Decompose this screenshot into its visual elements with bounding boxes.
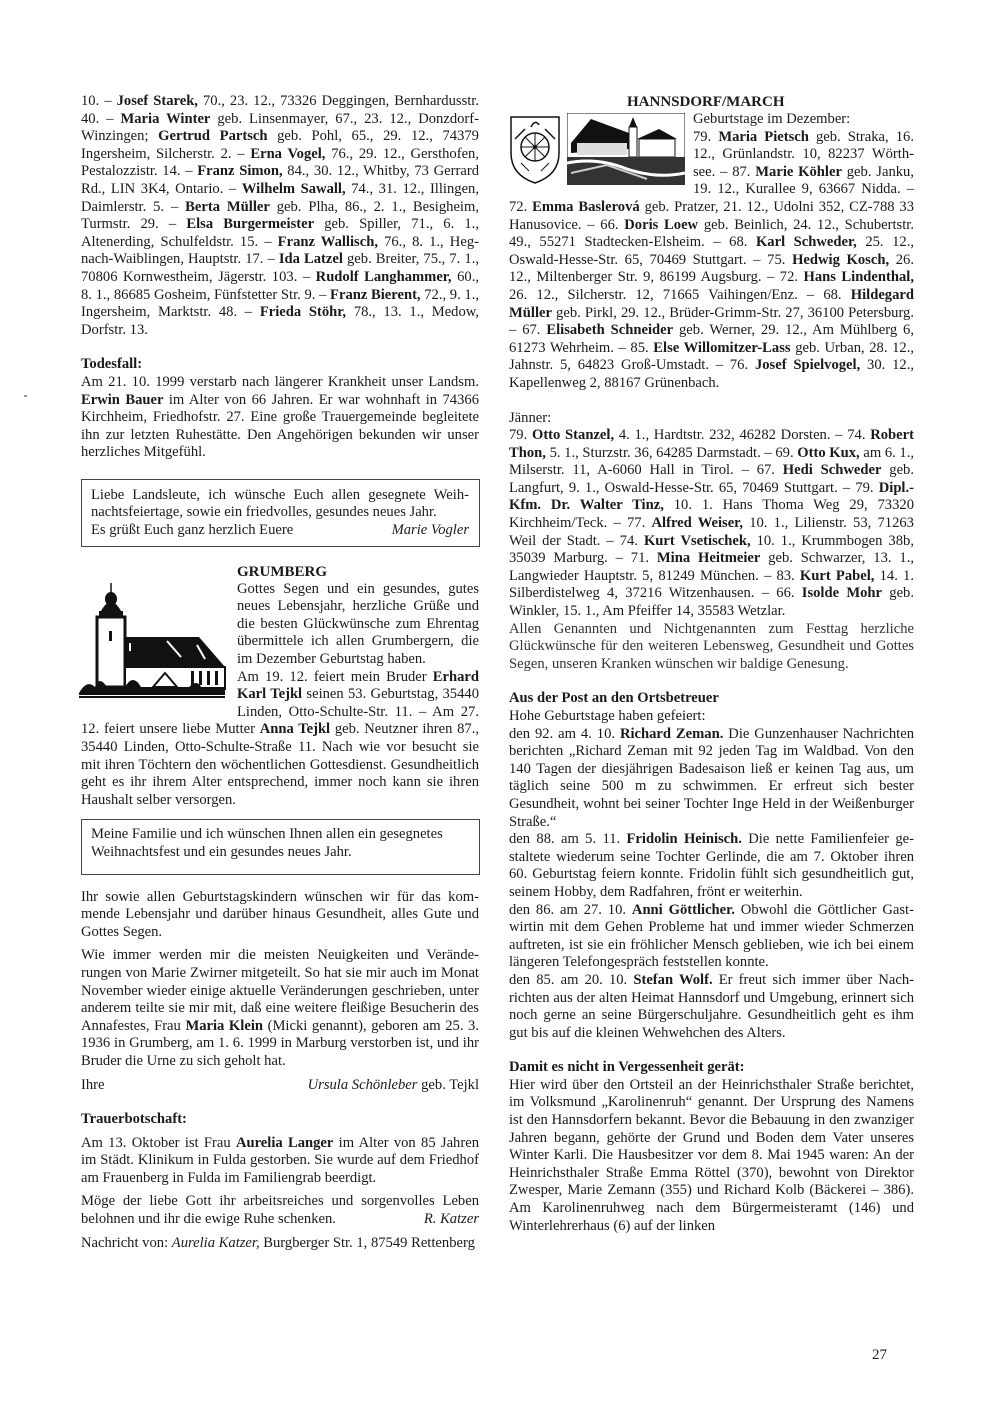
jaenner-heading: Jänner: xyxy=(509,410,914,428)
greeting-box-family-text: Meine Familie und ich wünschen Ihnen all… xyxy=(91,826,469,861)
page-number: 27 xyxy=(872,1347,887,1364)
hannsdorf-images xyxy=(509,113,685,185)
person-name: Gertrud Partsch xyxy=(158,128,267,144)
person-name: Kurt Pabel, xyxy=(800,568,875,584)
post-entry: den 92. am 4. 10. Richard Zeman. Die Gun… xyxy=(509,726,914,832)
wishes-paragraph: Ihr sowie allen Geburtstagskindern wünsc… xyxy=(81,889,479,942)
nachricht-name: Aurelia Katzer, xyxy=(172,1235,260,1251)
person-name: Josef Spielvogel, xyxy=(755,357,860,373)
birthday-list-continued: 10. – Josef Starek, 70., 23. 12., 73326 … xyxy=(81,93,479,339)
person-name: Otto Stanzel, xyxy=(532,427,614,443)
person-name: Hildegard Müller xyxy=(509,287,914,321)
nachricht-line: Nachricht von: Aurelia Katzer, Burgberge… xyxy=(81,1235,479,1253)
person-name: Marie Köhler xyxy=(755,164,842,180)
news-paragraph: Wie immer werden mir die meisten Neuigke… xyxy=(81,947,479,1070)
todesfall-text: Am 21. 10. 1999 verstarb nach längerer K… xyxy=(81,374,479,462)
person-name: Elisabeth Schneider xyxy=(546,322,673,338)
person-name: Erna Vogel, xyxy=(250,146,325,162)
trauer-signature: R. Katzer xyxy=(424,1211,479,1227)
trauer-text: Am 13. Oktober ist Frau Aurelia Langer i… xyxy=(81,1135,479,1188)
signature-prefix: Ihre xyxy=(81,1077,105,1095)
church-illustration xyxy=(79,583,229,707)
grumberg-title: GRUMBERG xyxy=(233,563,479,581)
person-name: Hed­wig Kosch, xyxy=(792,252,889,268)
greeting-box-text: Liebe Landsleute, ich wünsche Euch allen… xyxy=(91,487,469,522)
festtag-wishes: Allen Genannten und Nichtgenannten zum F… xyxy=(509,621,914,674)
trauer-blessing: Möge der liebe Gott ihr arbeitsreiches u… xyxy=(81,1193,479,1228)
person-name: Er­hard Karl Tejkl xyxy=(237,669,479,703)
trauer-heading: Trauerbotschaft: xyxy=(81,1111,479,1129)
person-name: Franz Wallisch, xyxy=(278,234,378,250)
right-column: HANNSDORF/MARCH Ge xyxy=(509,93,914,1235)
coat-of-arms-icon xyxy=(509,113,561,185)
person-name: Otto Kux, xyxy=(797,445,859,461)
person-name: Frieda Stöhr, xyxy=(260,304,346,320)
person-name: Else Willomit­zer-Lass xyxy=(653,340,790,356)
greeting-box-signature: Marie Vogler xyxy=(392,522,469,540)
post-entry: den 85. am 20. 10. Stefan Wolf. Er freut… xyxy=(509,972,914,1042)
person-name: Maria Winter xyxy=(120,111,210,127)
post-entry: den 86. am 27. 10. Anni Göttlicher. Obwo… xyxy=(509,902,914,972)
person-name: Anni Göttlicher. xyxy=(632,902,735,918)
person-name: Dipl.-Kfm. Dr. Walter Tinz, xyxy=(509,480,914,514)
greeting-box-closing: Es grüßt Euch ganz herzlich Euere xyxy=(91,522,293,540)
person-name: Doris Loew xyxy=(624,217,698,233)
greeting-box-vogler: Liebe Landsleute, ich wünsche Euch allen… xyxy=(81,479,480,547)
person-name: Kurt Vsetischek, xyxy=(644,533,751,549)
person-name: Rudolf Langhammer, xyxy=(316,269,452,285)
person-name: Richard Zeman. xyxy=(620,726,723,742)
person-name: Emma Baslerová xyxy=(532,199,640,215)
jaenner-list: 79. Otto Stanzel, 4. 1., Hardtstr. 232, … xyxy=(509,427,914,621)
hannsdorf-title: HANNSDORF/MARCH xyxy=(509,93,914,111)
person-name: Erwin Bauer xyxy=(81,392,163,408)
post-intro: Hohe Geburtstage haben gefeiert: xyxy=(509,708,914,726)
person-name: Maria Pietsch xyxy=(718,129,809,145)
person-name: Stefan Wolf. xyxy=(633,972,712,988)
person-name: Aurelia Langer xyxy=(236,1135,333,1151)
person-name: Alfred Weiser, xyxy=(651,515,743,531)
vergessen-text: Hier wird über den Ortsteil an der Heinr… xyxy=(509,1077,914,1235)
nachricht-address: Burgberger Str. 1, 87549 Retten­berg xyxy=(260,1235,475,1251)
greeting-box-family: Meine Familie und ich wünschen Ihnen all… xyxy=(81,819,480,874)
person-name: Franz Simon, xyxy=(197,163,282,179)
person-name: Mina Heitmeier xyxy=(657,550,760,566)
person-name: Josef Starek, xyxy=(117,93,198,109)
left-column: 10. – Josef Starek, 70., 23. 12., 73326 … xyxy=(81,93,479,1252)
scan-mark xyxy=(24,395,27,397)
post-heading: Aus der Post an den Ortsbetreuer xyxy=(509,690,914,708)
signature-name: Ursula Schönleber xyxy=(308,1077,418,1093)
castle-illustration xyxy=(567,113,685,185)
todesfall-heading: Todesfall: xyxy=(81,356,479,374)
person-name: Anna Tejkl xyxy=(260,721,330,737)
signature-row: Ihre Ursula Schönleber geb. Tejkl xyxy=(81,1077,479,1095)
person-name: Elsa Burgermeister xyxy=(186,216,314,232)
person-name: Isolde Mohr xyxy=(802,585,882,601)
nachricht-prefix: Nachricht von: xyxy=(81,1235,172,1251)
vergessen-heading: Damit es nicht in Vergessenheit gerät: xyxy=(509,1059,914,1077)
trauer-blessing-text: Möge der liebe Gott ihr arbeitsreiches u… xyxy=(81,1193,479,1227)
person-name: Hedi Schweder xyxy=(783,462,882,478)
person-name: Wilhelm Sawall, xyxy=(242,181,346,197)
person-name: Maria Klein xyxy=(185,1018,263,1034)
person-name: Franz Bierent, xyxy=(330,287,421,303)
person-name: Ida Latzel xyxy=(279,251,343,267)
post-entry: den 88. am 5. 11. Fridolin Heinisch. Die… xyxy=(509,831,914,901)
person-name: Karl Schwe­der, xyxy=(756,234,857,250)
signature-suffix: geb. Tejkl xyxy=(417,1077,479,1093)
person-name: Hans Lindenthal, xyxy=(804,269,915,285)
person-name: Fridolin Heinisch. xyxy=(627,831,742,847)
person-name: Berta Müller xyxy=(185,199,270,215)
